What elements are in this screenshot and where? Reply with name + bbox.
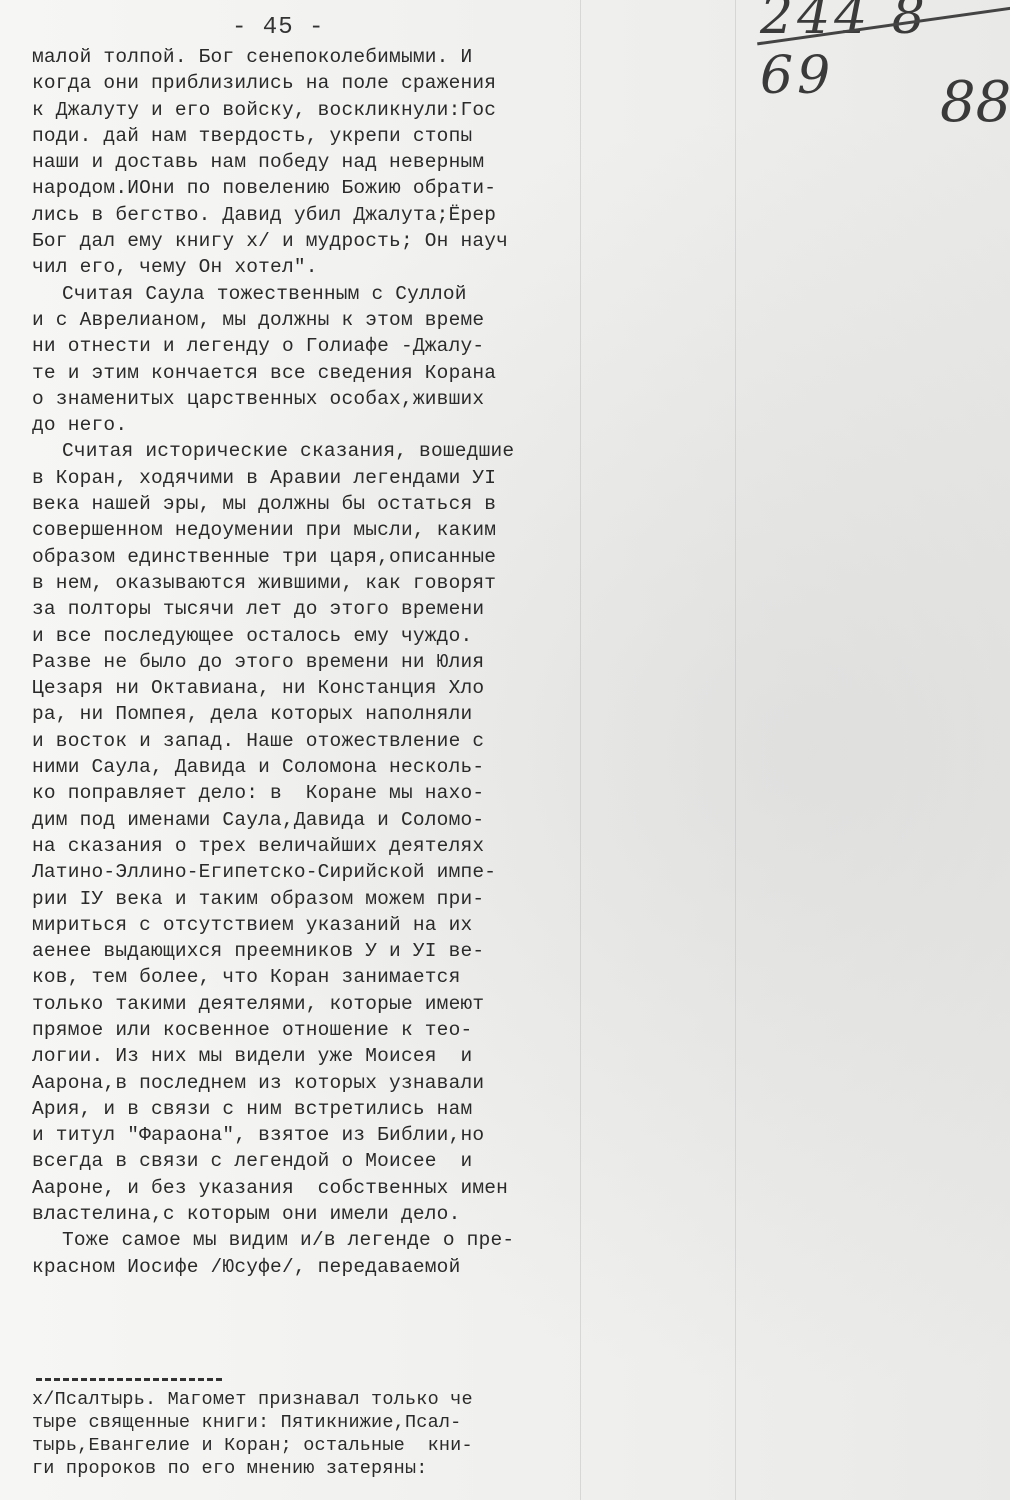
text-line: Ария, и в связи с ним встретились нам [32, 1096, 572, 1122]
footnote-separator [36, 1378, 222, 1381]
text-line: Латино-Эллино-Египетско-Сирийской импе- [32, 859, 572, 885]
text-line: поди. дай нам твердость, укрепи стопы [32, 123, 572, 149]
text-line: те и этим кончается все сведения Корана [32, 360, 572, 386]
text-line: века нашей эры, мы должны бы остаться в [32, 491, 572, 517]
page-number: - 45 - [232, 14, 324, 41]
text-line: наши и доставь нам победу над неверным [32, 149, 572, 175]
text-line: малой толпой. Бог сенепоколебимыми. И [32, 44, 572, 70]
text-line: ни отнести и легенду о Голиафе -Джалу- [32, 333, 572, 359]
text-line: когда они приблизились на поле сражения [32, 70, 572, 96]
footnote-line: тыре священные книги: Пятикнижие,Псал- [32, 1411, 572, 1434]
text-line: логии. Из них мы видели уже Моисея и [32, 1043, 572, 1069]
text-line: Цезаря ни Октавиана, ни Констанция Хло [32, 675, 572, 701]
text-line: народом.ИОни по повелению Божию обрати- [32, 175, 572, 201]
text-line: только такими деятелями, которые имеют [32, 991, 572, 1017]
text-line: ков, тем более, что Коран занимается [32, 964, 572, 990]
document-page: - 45 - 244 8 69 88 малой толпой. Бог сен… [0, 0, 1010, 1500]
text-line: лись в бегство. Давид убил Джалута;Ёрер [32, 202, 572, 228]
footnote-line: ги пророков по его мнению затеряны: [32, 1457, 572, 1480]
text-line: ра, ни Помпея, дела которых наполняли [32, 701, 572, 727]
text-line: к Джалуту и его войску, воскликнули:Гос [32, 97, 572, 123]
text-line: ко поправляет дело: в Коране мы нахо- [32, 780, 572, 806]
text-line: Аароне, и без указания собственных имен [32, 1175, 572, 1201]
text-line: в нем, оказываются жившими, как говорят [32, 570, 572, 596]
page-fold-line [580, 0, 581, 1500]
text-line: до него. [32, 412, 572, 438]
text-line: красном Иосифе /Юсуфе/, передаваемой [32, 1254, 572, 1280]
text-line: Аарона,в последнем из которых узнавали [32, 1070, 572, 1096]
text-line: и все последующее осталось ему чуждо. [32, 623, 572, 649]
page-fold-line [735, 0, 736, 1500]
text-line: о знаменитых царственных особах,живших [32, 386, 572, 412]
text-line: мириться с отсутствием указаний на их [32, 912, 572, 938]
footnote: x/Псалтырь. Магомет признавал только чет… [32, 1388, 572, 1480]
footnote-line: x/Псалтырь. Магомет признавал только че [32, 1388, 572, 1411]
text-line: прямое или косвенное отношение к тео- [32, 1017, 572, 1043]
footnote-line: тырь,Евангелие и Коран; остальные кни- [32, 1434, 572, 1457]
text-line: аенее выдающихся преемников У и УI ве- [32, 938, 572, 964]
text-line: Считая исторические сказания, вошедшие [32, 438, 572, 464]
text-line: и восток и запад. Наше отожествление с [32, 728, 572, 754]
text-line: рии IУ века и таким образом можем при- [32, 886, 572, 912]
text-line: в Коран, ходячими в Аравии легендами УI [32, 465, 572, 491]
text-line: всегда в связи с легендой о Моисее и [32, 1148, 572, 1174]
text-line: Тоже самое мы видим и/в легенде о пре- [32, 1227, 572, 1253]
text-line: дим под именами Саула,Давида и Соломо- [32, 807, 572, 833]
text-line: Разве не было до этого времени ни Юлия [32, 649, 572, 675]
text-line: ними Саула, Давида и Соломона несколь- [32, 754, 572, 780]
text-line: властелина,с которым они имели дело. [32, 1201, 572, 1227]
text-line: образом единственные три царя,описанные [32, 544, 572, 570]
handwritten-folio-number: 88 [940, 70, 1010, 135]
text-line: и с Аврелианом, мы должны к этом време [32, 307, 572, 333]
text-line: чил его, чему Он хотел". [32, 254, 572, 280]
text-line: Бог дал ему книгу x/ и мудрость; Он науч [32, 228, 572, 254]
text-line: совершенном недоумении при мысли, каким [32, 517, 572, 543]
text-line: и титул "Фараона", взятое из Библии,но [32, 1122, 572, 1148]
text-line: на сказания о трех величайших деятелях [32, 833, 572, 859]
body-text: малой толпой. Бог сенепоколебимыми. Иког… [32, 44, 572, 1280]
text-line: за полторы тысячи лет до этого времени [32, 596, 572, 622]
text-line: Считая Саула тожественным с Суллой [32, 281, 572, 307]
